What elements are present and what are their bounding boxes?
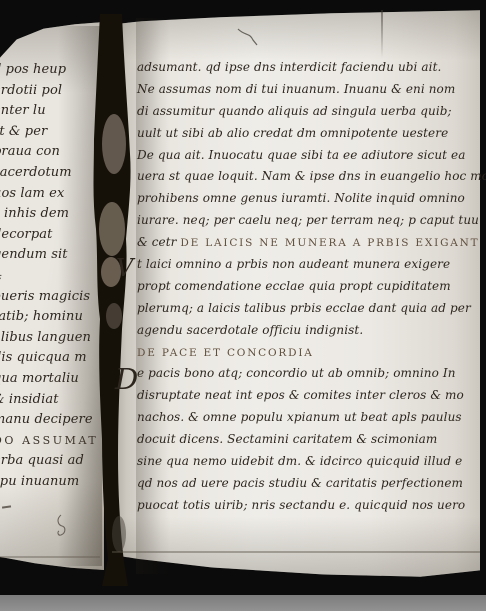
line-text: b; xyxy=(0,272,2,282)
manuscript-line: & cetr DE LAICIS NE MUNERA A PRBIS EXIGA… xyxy=(137,235,473,257)
manuscript-line: DO ASSUMAT xyxy=(0,433,108,454)
line-text: & insidiat xyxy=(0,392,59,407)
manuscript-line: De qua ait. Inuocatu quae sibi ta ee adi… xyxy=(137,148,473,170)
line-text: De qua ait. Inuocatu quae sibi ta ee adi… xyxy=(137,148,465,162)
manuscript-line: Ne assumas nom di tui inuanum. Inuanu & … xyxy=(137,82,473,104)
line-text: t laici omnino a prbis non audeant muner… xyxy=(137,257,450,271)
manuscript-line: adsumant. qd ipse dns interdicit faciend… xyxy=(137,60,473,82)
line-text: enter lu xyxy=(0,103,46,118)
manuscript-line: uos lam ex xyxy=(0,186,108,207)
line-text: decorpat xyxy=(0,227,52,242)
manuscript-line: gendum sit xyxy=(0,247,108,268)
line-text: qd nos ad uere pacis studiu & caritatis … xyxy=(137,476,463,490)
manuscript-line: sine qua nemo uidebit dm. & idcirco quic… xyxy=(137,454,473,476)
line-text: puocat totis uirib; nris sectandu e. qui… xyxy=(137,498,465,512)
manuscript-photo: d pos heuperdotii polenter lurt & perpra… xyxy=(0,0,486,611)
manuscript-line: praua con xyxy=(0,144,108,165)
line-text: plerumq; a laicis talibus prbis ecclae d… xyxy=(137,301,471,315)
manuscript-line: qua mortaliu xyxy=(0,371,108,392)
manuscript-line: b; xyxy=(0,268,108,289)
manuscript-line: erba quasi ad xyxy=(0,453,108,474)
line-text: s inhis dem xyxy=(0,206,69,221)
line-text: uos lam ex xyxy=(0,186,64,201)
manuscript-line: manu decipere xyxy=(0,412,108,433)
right-page-text-column: adsumant. qd ipse dns interdicit faciend… xyxy=(137,60,473,520)
manuscript-line: plerumq; a laicis talibus prbis ecclae d… xyxy=(137,301,473,323)
manuscript-line: spu inuanum xyxy=(0,474,108,495)
line-text: rt & per xyxy=(0,124,47,139)
line-text: sine qua nemo uidebit dm. & idcirco quic… xyxy=(137,454,462,468)
line-text: gendum sit xyxy=(0,247,68,262)
manuscript-line: d pos heup xyxy=(0,62,108,83)
manuscript-line: dis quicqua m xyxy=(0,350,108,371)
line-text: erba quasi ad xyxy=(0,453,84,468)
line-text: iurare. neq; per caelu neq; per terram n… xyxy=(137,213,479,227)
line-text: & cetr xyxy=(137,235,180,249)
rubric-text: DE PACE ET CONCORDIA xyxy=(137,347,314,359)
line-text: Ne assumas nom di tui inuanum. Inuanu & … xyxy=(137,82,455,96)
manuscript-line: iurare. neq; per caelu neq; per terram n… xyxy=(137,213,473,235)
line-text: sacerdotum xyxy=(0,165,72,180)
manuscript-line: uera st quae loquit. Nam & ipse dns in e… xyxy=(137,169,473,191)
manuscript-line: agendu sacerdotale officiu indignist. xyxy=(137,323,473,345)
line-text: docuit dicens. Sectamini caritatem & sci… xyxy=(137,432,437,446)
decorated-initial: V xyxy=(116,254,133,282)
line-text: nachos. & omne populu xpianum ut beat ap… xyxy=(137,410,462,424)
manuscript-line: prohibens omne genus iuramti. Nolite inq… xyxy=(137,191,473,213)
manuscript-line: docuit dicens. Sectamini caritatem & sci… xyxy=(137,432,473,454)
line-text: uult ut sibi ab alio credat dm omnipoten… xyxy=(137,126,448,140)
manuscript-line: sacerdotum xyxy=(0,165,108,186)
line-text: prohibens omne genus iuramti. Nolite inq… xyxy=(137,191,465,205)
line-text: propt comendatione ecclae quia propt cup… xyxy=(137,279,451,293)
line-text: agendu sacerdotale officiu indignist. xyxy=(137,323,363,337)
manuscript-line: erdotii pol xyxy=(0,83,108,104)
manuscript-line: alibus languen xyxy=(0,330,108,351)
line-text: tatib; hominu xyxy=(0,309,83,324)
manuscript-line: qd nos ad uere pacis studiu & caritatis … xyxy=(137,476,473,498)
vertical-crease xyxy=(381,10,383,58)
line-text: uera st quae loquit. Nam & ipse dns in e… xyxy=(137,169,486,183)
manuscript-line: disruptate neat int epos & comites inter… xyxy=(137,388,473,410)
manuscript-line: s inhis dem xyxy=(0,206,108,227)
manuscript-line: tatib; hominu xyxy=(0,309,108,330)
manuscript-line: rt & per xyxy=(0,124,108,145)
table-surface-strip xyxy=(0,595,486,611)
horizontal-crease xyxy=(0,556,100,558)
left-page-text-column: d pos heuperdotii polenter lurt & perpra… xyxy=(0,62,108,494)
line-text: oueris magicis xyxy=(0,289,90,304)
line-text: e pacis bono atq; concordio ut ab omnib;… xyxy=(137,366,456,380)
manuscript-line: propt comendatione ecclae quia propt cup… xyxy=(137,279,473,301)
rubric-text: DO ASSUMAT xyxy=(0,434,98,447)
manuscript-line: nachos. & omne populu xpianum ut beat ap… xyxy=(137,410,473,432)
line-text: erdotii pol xyxy=(0,83,62,98)
manuscript-line: enter lu xyxy=(0,103,108,124)
manuscript-line: & insidiat xyxy=(0,392,108,413)
manuscript-line: puocat totis uirib; nris sectandu e. qui… xyxy=(137,498,473,520)
manuscript-line: Vt laici omnino a prbis non audeant mune… xyxy=(137,257,473,279)
line-text: manu decipere xyxy=(0,412,93,427)
line-text: adsumant. qd ipse dns interdicit faciend… xyxy=(137,60,441,74)
rubric-text: DE LAICIS NE MUNERA A PRBIS EXIGANT xyxy=(180,237,479,249)
manuscript-line: decorpat xyxy=(0,227,108,248)
line-text: dis quicqua m xyxy=(0,350,87,365)
manuscript-line: uult ut sibi ab alio credat dm omnipoten… xyxy=(137,126,473,148)
line-text: disruptate neat int epos & comites inter… xyxy=(137,388,464,402)
horizontal-crease xyxy=(112,551,480,553)
pen-trial-doodle xyxy=(52,512,70,540)
ink-squiggle-mark xyxy=(236,26,262,48)
manuscript-line: De pacis bono atq; concordio ut ab omnib… xyxy=(137,366,473,388)
manuscript-line: DE PACE ET CONCORDIA xyxy=(137,345,473,367)
line-text: di assumitur quando aliquis ad singula u… xyxy=(137,104,452,118)
line-text: alibus languen xyxy=(0,330,91,345)
line-text: qua mortaliu xyxy=(0,371,79,386)
line-text: praua con xyxy=(0,144,60,159)
line-text: d pos heup xyxy=(0,62,66,77)
manuscript-line: oueris magicis xyxy=(0,289,108,310)
decorated-initial: D xyxy=(115,362,138,396)
line-text: spu inuanum xyxy=(0,474,79,489)
manuscript-line: di assumitur quando aliquis ad singula u… xyxy=(137,104,473,126)
